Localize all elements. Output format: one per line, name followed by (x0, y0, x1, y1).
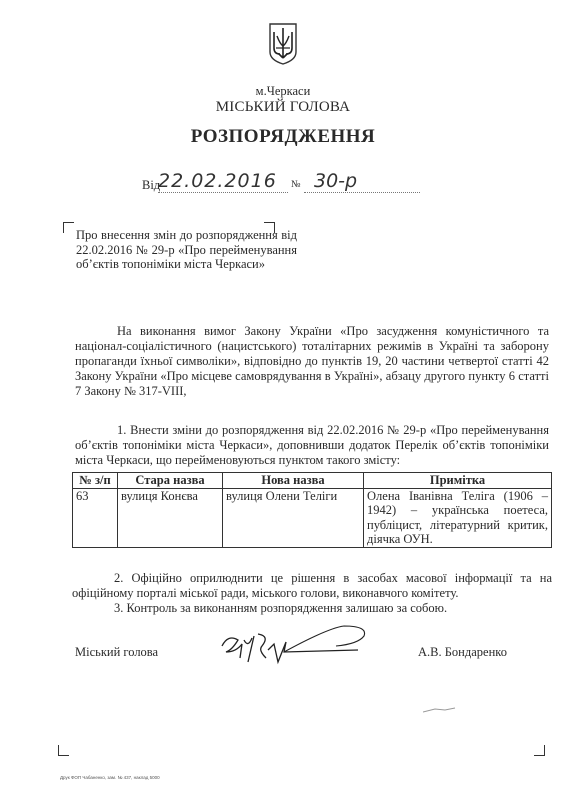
document-subject: Про внесення змін до розпорядження від 2… (76, 228, 297, 272)
renamed-objects-table: № з/п Стара назва Нова назва Примітка 63… (72, 472, 552, 548)
cell-old-name: вулиця Конєва (118, 488, 223, 547)
authority-title: МІСЬКИЙ ГОЛОВА (0, 99, 566, 116)
handwritten-signature-icon (218, 622, 378, 668)
item-1-paragraph: 1. Внести зміни до розпорядження від 22.… (75, 423, 549, 468)
cell-new-name: вулиця Олени Теліги (223, 488, 364, 547)
handwritten-number: 30-р (304, 170, 420, 193)
page-corner-bottom-right (534, 745, 545, 756)
city-name: м.Черкаси (0, 84, 566, 99)
scan-smudge (423, 700, 463, 706)
table-header-row: № з/п Стара назва Нова назва Примітка (73, 473, 552, 489)
column-header-old-name: Стара назва (118, 473, 223, 489)
page-corner-bottom-left (58, 745, 69, 756)
subject-corner-top-left (63, 222, 74, 233)
column-header-note: Примітка (364, 473, 552, 489)
date-number-line: Від 22.02.2016 № 30-р (140, 170, 440, 194)
number-label: № (291, 179, 301, 190)
cell-number: 63 (73, 488, 118, 547)
column-header-new-name: Нова назва (223, 473, 364, 489)
cell-note: Олена Іванівна Теліга (1906 – 1942) – ук… (364, 488, 552, 547)
preamble-paragraph: На виконання вимог Закону України «Про з… (75, 324, 549, 399)
item-2-paragraph: 2. Офіційно оприлюднити це рішення в зас… (72, 571, 552, 601)
printer-info: Друк ФОП Чабаненко, зам. № 437, наклад 5… (60, 775, 160, 780)
item-3-paragraph: 3. Контроль за виконанням розпорядження … (72, 601, 552, 616)
document-type-title: РОЗПОРЯДЖЕННЯ (0, 126, 566, 148)
column-header-number: № з/п (73, 473, 118, 489)
handwritten-date: 22.02.2016 (158, 170, 288, 193)
table-row: 63 вулиця Конєва вулиця Олени Теліги Оле… (73, 488, 552, 547)
trident-coat-of-arms-icon (268, 22, 298, 66)
signatory-position: Міський голова (75, 645, 158, 660)
signatory-name: А.В. Бондаренко (418, 645, 507, 660)
